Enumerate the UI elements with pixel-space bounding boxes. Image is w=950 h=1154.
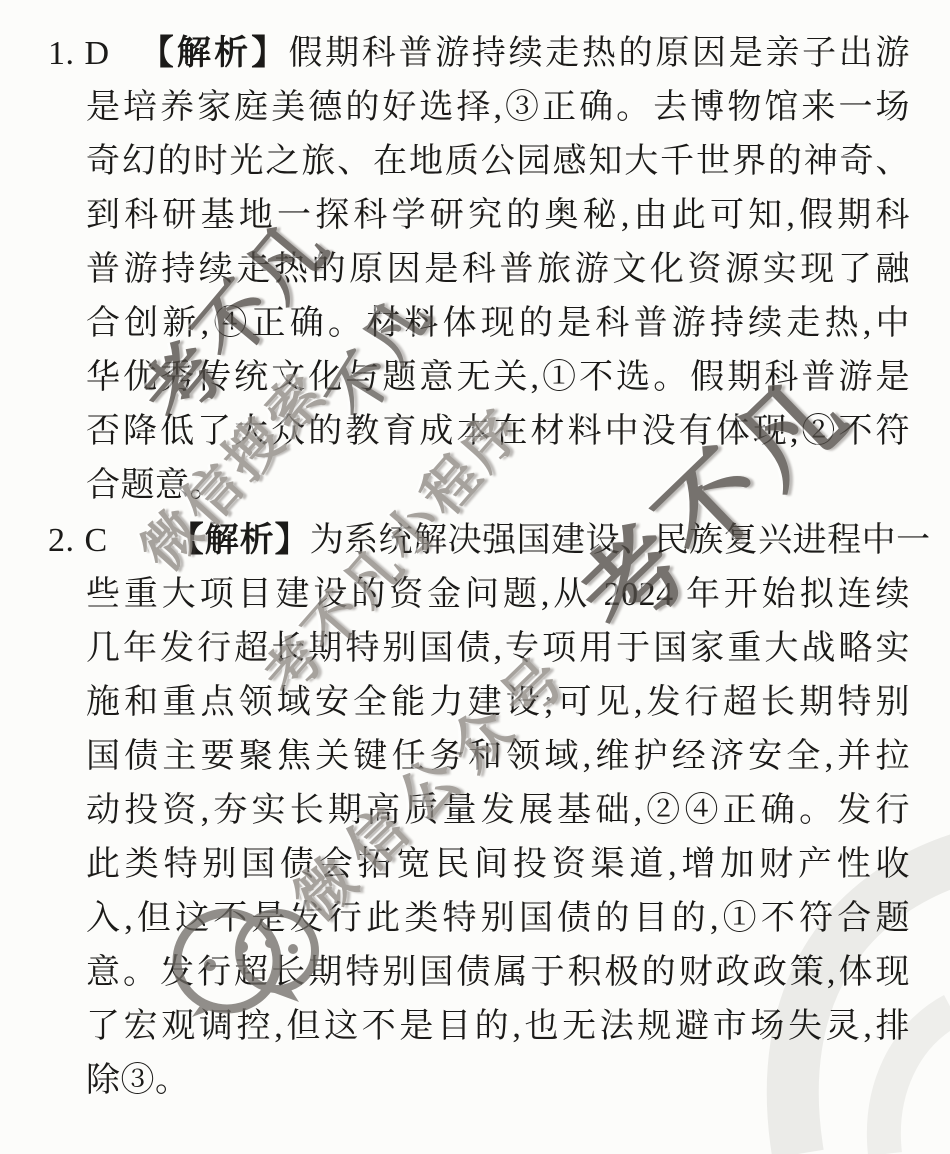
answer-item-1: 1.D【解析】假期科普游持续走热的原因是亲子出游 是培养家庭美德的好选择,③正确…	[48, 26, 910, 513]
analysis-label: 【解析】	[138, 34, 289, 72]
text-line: 意。发行超长期特别国债属于积极的财政政策,体现	[86, 946, 910, 1000]
answer-letter: C	[85, 522, 108, 559]
text-line: 否降低了大众的教育成本在材料中没有体现,②不符	[86, 405, 910, 459]
text-line: 除③。	[86, 1054, 910, 1108]
text-line: 2.C【解析】为系统解决强国建设、民族复兴进程中一	[48, 513, 910, 568]
text-line: 是培养家庭美德的好选择,③正确。去博物馆来一场	[86, 81, 910, 135]
text-line: 普游持续走热的原因是科普旅游文化资源实现了融	[86, 243, 910, 297]
text-line: 几年发行超长期特别国债,专项用于国家重大战略实	[86, 622, 910, 676]
text-line: 华优秀传统文化与题意无关,①不选。假期科普游是	[86, 351, 910, 405]
text-line: 入,但这不是发行此类特别国债的目的,①不符合题	[86, 892, 910, 946]
answer-letter: D	[85, 35, 110, 72]
text-line: 施和重点领域安全能力建设;可见,发行超长期特别	[86, 676, 910, 730]
text-line: 合题意。	[86, 459, 910, 513]
answer-list: 1.D【解析】假期科普游持续走热的原因是亲子出游 是培养家庭美德的好选择,③正确…	[48, 26, 910, 1108]
text-line: 奇幻的时光之旅、在地质公园感知大千世界的神奇、	[86, 135, 910, 189]
question-number: 2.	[48, 522, 75, 559]
text-line-content: 为系统解决强国建设、民族复兴进程中一	[310, 522, 931, 559]
text-line: 些重大项目建设的资金问题,从 2024 年开始拟连续	[86, 568, 910, 622]
question-number: 1.	[48, 35, 75, 72]
text-line: 动投资,夯实长期高质量发展基础,②④正确。发行	[86, 784, 910, 838]
answer-sheet-page: 1.D【解析】假期科普游持续走热的原因是亲子出游 是培养家庭美德的好选择,③正确…	[0, 0, 950, 1154]
text-line: 此类特别国债会拓宽民间投资渠道,增加财产性收	[86, 838, 910, 892]
answer-item-2: 2.C【解析】为系统解决强国建设、民族复兴进程中一 些重大项目建设的资金问题,从…	[48, 513, 910, 1108]
text-line: 国债主要聚焦关键任务和领域,维护经济安全,并拉	[86, 730, 910, 784]
analysis-label: 【解析】	[170, 521, 310, 559]
text-line: 到科研基地一探科学研究的奥秘,由此可知,假期科	[86, 189, 910, 243]
text-line: 1.D【解析】假期科普游持续走热的原因是亲子出游	[48, 26, 910, 81]
text-line: 了宏观调控,但这不是目的,也无法规避市场失灵,排	[86, 1000, 910, 1054]
text-line: 合创新,④正确。材料体现的是科普游持续走热,中	[86, 297, 910, 351]
text-line-content: 假期科普游持续走热的原因是亲子出游	[289, 35, 911, 72]
